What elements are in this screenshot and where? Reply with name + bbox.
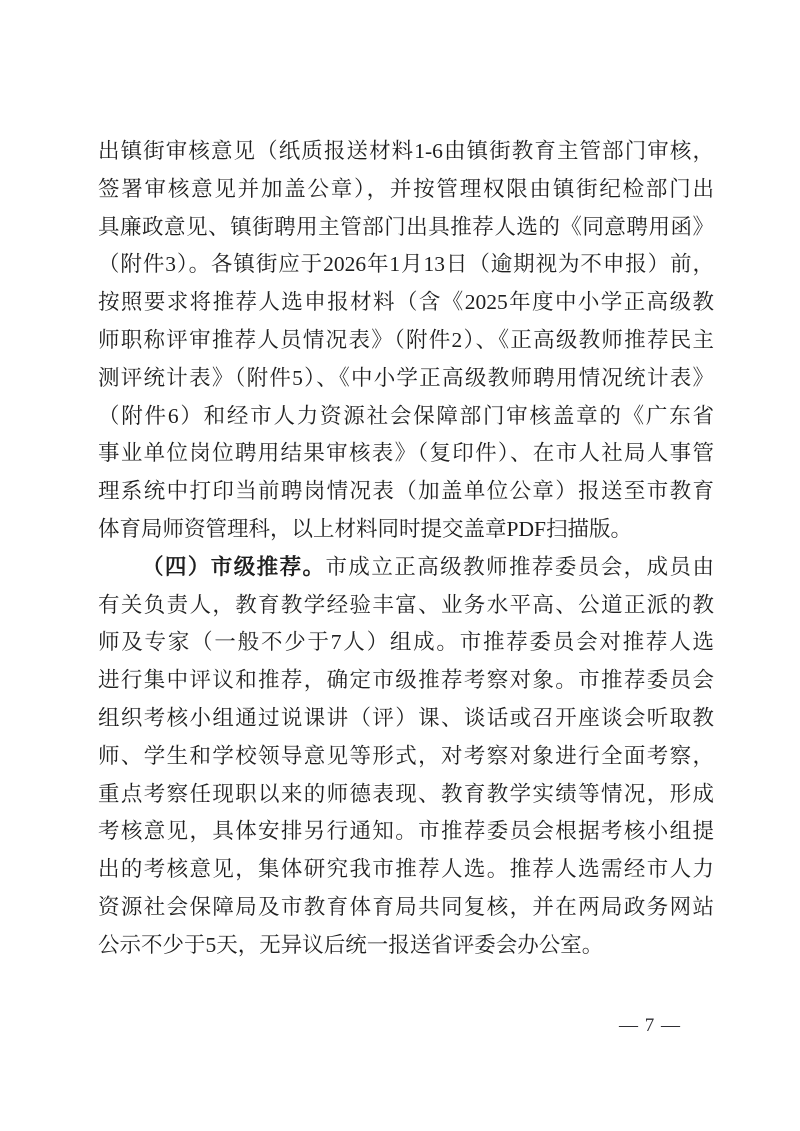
paragraph-line: 理系统中打印当前聘岗情况表（加盖单位公章）报送至市教育 (98, 473, 714, 511)
paragraph-line: 进行集中评议和推荐，确定市级推荐考察对象。市推荐委员会 (98, 662, 714, 700)
paragraph-line: 有关负责人，教育教学经验丰富、业务水平高、公道正派的教 (98, 587, 714, 625)
paragraph-line: 具廉政意见、镇街聘用主管部门出具推荐人选的《同意聘用函》 (98, 209, 714, 247)
paragraph-line: 考核意见，具体安排另行通知。市推荐委员会根据考核小组提 (98, 813, 714, 851)
section-four-first-line: （四）市级推荐。市成立正高级教师推荐委员会，成员由 (98, 549, 714, 587)
paragraph-line: 事业单位岗位聘用结果审核表》（复印件）、在市人社局人事管 (98, 435, 714, 473)
paragraph-line: （附件3）。各镇街应于2026年1月13日（逾期视为不申报）前， (98, 246, 714, 284)
page-number: — 7 — (585, 1014, 715, 1038)
body-text: 出镇街审核意见（纸质报送材料1-6由镇街教育主管部门审核， 签署审核意见并加盖公… (98, 133, 714, 965)
paragraph-line: 组织考核小组通过说课讲（评）课、谈话或召开座谈会听取教 (98, 700, 714, 738)
paragraph-line: 体育局师资管理科，以上材料同时提交盖章PDF扫描版。 (98, 511, 714, 549)
section-four-heading: （四）市级推荐。 (142, 555, 326, 579)
paragraph-line: 师及专家（一般不少于7人）组成。市推荐委员会对推荐人选 (98, 624, 714, 662)
section-four-first-line-text: 市成立正高级教师推荐委员会，成员由 (326, 555, 714, 579)
paragraph-line: 公示不少于5天，无异议后统一报送省评委会办公室。 (98, 927, 714, 965)
paragraph-line: （附件6）和经市人力资源社会保障部门审核盖章的《广东省 (98, 398, 714, 436)
paragraph-line: 资源社会保障局及市教育体育局共同复核，并在两局政务网站 (98, 889, 714, 927)
paragraph-line: 按照要求将推荐人选申报材料（含《2025年度中小学正高级教 (98, 284, 714, 322)
paragraph-line: 师职称评审推荐人员情况表》（附件2）、《正高级教师推荐民主 (98, 322, 714, 360)
document-page: 出镇街审核意见（纸质报送材料1-6由镇街教育主管部门审核， 签署审核意见并加盖公… (0, 0, 800, 1131)
paragraph-line: 师、学生和学校领导意见等形式，对考察对象进行全面考察， (98, 738, 714, 776)
paragraph-line: 出镇街审核意见（纸质报送材料1-6由镇街教育主管部门审核， (98, 133, 714, 171)
paragraph-line: 测评统计表》（附件5）、《中小学正高级教师聘用情况统计表》 (98, 360, 714, 398)
paragraph-line: 签署审核意见并加盖公章），并按管理权限由镇街纪检部门出 (98, 171, 714, 209)
paragraph-line: 重点考察任现职以来的师德表现、教育教学实绩等情况，形成 (98, 776, 714, 814)
paragraph-line: 出的考核意见，集体研究我市推荐人选。推荐人选需经市人力 (98, 851, 714, 889)
